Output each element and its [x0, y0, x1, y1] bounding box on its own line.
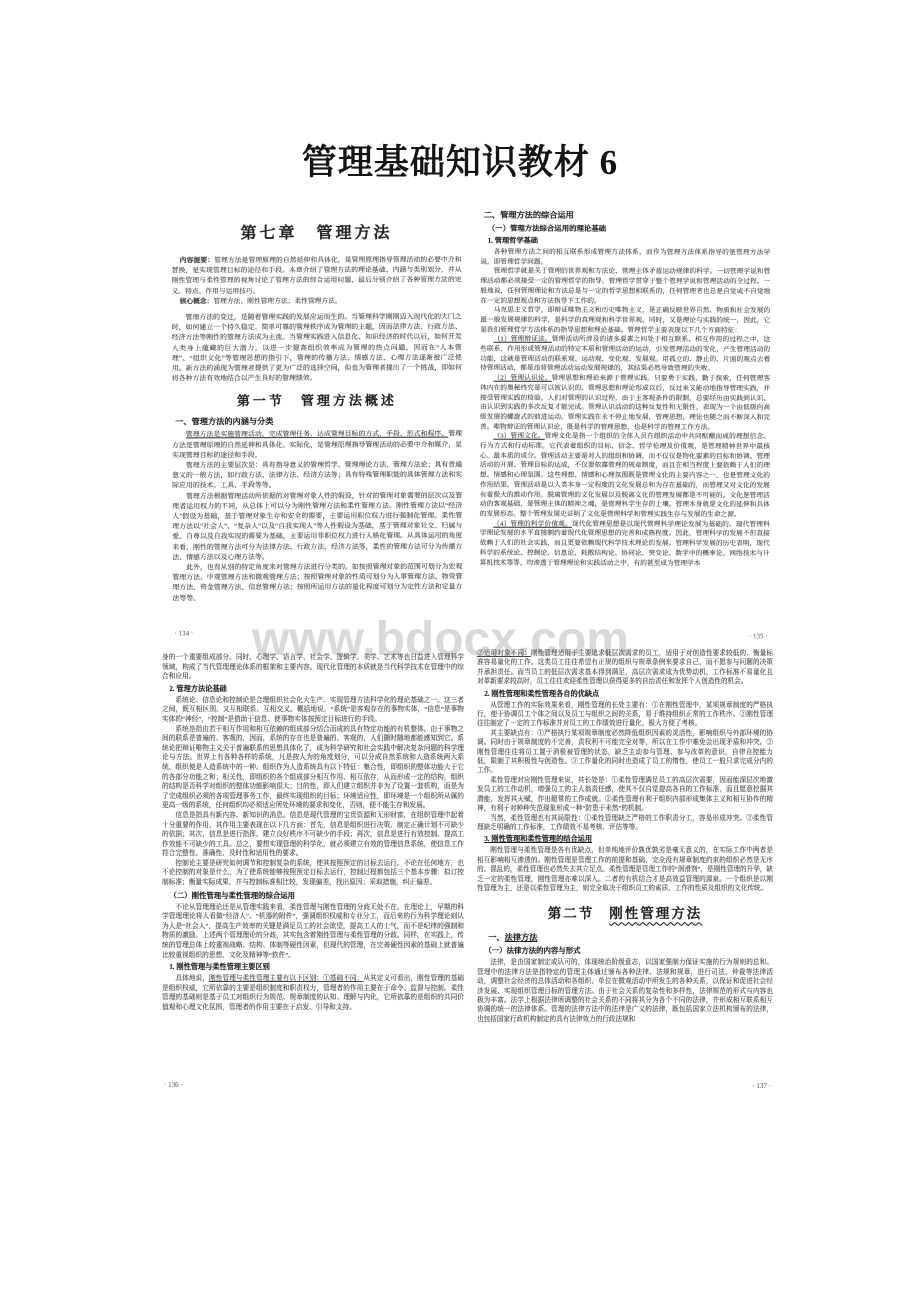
core-concepts-text: 管理方法；刚性管理方法；柔性管理方法。 — [213, 298, 341, 305]
body-paragraph: 系统论、信息论和控制论是合理组织社会化大生产、实现管理方法科学化的理论基础之一。… — [162, 696, 464, 725]
legal-method-heading: 一、法律方法 — [477, 932, 773, 943]
page-number-134: · 134 · — [175, 628, 194, 638]
body-paragraph: 管理方法是实施管理活动，完成管理任务、达成管理目标的方式、手段、形式和程序。管理… — [172, 430, 462, 461]
body-paragraph: 此外，也有从别的特定角度来对管理方法进行分类的。如按照管理对象的范围可划分为宏观… — [172, 563, 462, 605]
legal-content-heading: （一）法律方法的内容与形式 — [477, 946, 773, 956]
item-3-text: 管理文化是指一个组织的全体人员在组织活动中共同酝酿而成的理想信念、行为方式和行动… — [480, 433, 770, 518]
scanned-page-134: 第七章 管理方法 内容提要：管理方法是管理原理的自然延伸和具体化，是管理原理指导… — [171, 224, 462, 639]
item-1-label: （1）管理辩证法。 — [494, 336, 552, 343]
item-4-label: （4）管理的科学价值观。 — [493, 520, 572, 527]
differences-heading: 1. 刚性管理与柔性管理主要区别 — [162, 962, 464, 972]
subsection-1-heading: 一、管理方法的内涵与分类 — [172, 416, 462, 428]
body-paragraph: 柔性管理对应刚性管理来说，其长处是：①柔性管理满足员工的高层次需要，因而能深层次… — [477, 776, 773, 814]
body-paragraph: 管理哲学就是关于管理的世界观和方法论、管理主体矛盾运动规律的科学。一切管理学说和… — [480, 267, 770, 306]
body-paragraph: 法律，是由国家制定或认可的，体现统治阶级意志，以国家强制力保证实施的行为规则的总… — [477, 958, 773, 1024]
body-paragraph: 当然，柔性管理也有其局限性：①柔性管理缺乏严格的工作职责分工，容易形成冲突。②柔… — [477, 814, 773, 833]
item-label: ②适用对象不同： — [477, 650, 531, 657]
section-1-heading: 第一节 管理方法概述 — [172, 393, 462, 410]
subsection-2-1-heading: （一）管理方法综合运用的理论基础 — [480, 224, 770, 235]
continuation-paragraph: 身的一个重要组成部分。同时，心理学、语言学、社会学、逻辑学、美学、艺术等也日益进… — [162, 653, 464, 682]
core-concepts-label: 核心概念： — [180, 298, 214, 305]
subsection-2-heading: 二、管理方法的综合运用 — [480, 210, 770, 222]
body-paragraph: 其主要缺点有：①严格执行某项规章制度必然降低组织因素的灵活性，影响组织与外部环境… — [477, 729, 773, 776]
section-2-number: 第二节 — [548, 906, 595, 921]
abstract-paragraph: 内容提要：管理方法是管理原理的自然延伸和具体化，是管理原理指导管理活动的必要中介… — [172, 256, 462, 298]
body-paragraph: 刚性管理与柔性管理是各有优缺点，但单纯地评价孰优孰劣是毫无意义的，在实际工作中两… — [477, 846, 773, 893]
numbered-item: （1）管理辩证法。管理活动所涉及的诸多要素之间处于相互联系、相互作用的过程之中，… — [480, 335, 770, 374]
section-2-heading: 第二节刚性管理方法 — [477, 905, 773, 922]
scanned-page-137: ②适用对象不同：刚性管理适用于主要追求低层次需求的员工，适用于对创造性要求较低的… — [477, 649, 773, 1091]
item-2-text: 管理思想和理论来源于管理实践。只要勇于实践，勤于探索，任何管理客体内在的奥秘终究… — [480, 375, 770, 431]
item-3-label: （3）管理文化。 — [493, 433, 544, 440]
numbered-item: （4）管理的科学价值观。现代化管理思想是以现代管理科学理论发展为基础的。现代管理… — [480, 519, 770, 568]
scanned-page-135: 二、管理方法的综合运用 （一）管理方法综合运用的理论基础 1. 管理哲学基础 各… — [480, 206, 771, 643]
scanned-page-136: 身的一个重要组成部分。同时，心理学、语言学、社会学、逻辑学、美学、艺术等也日益进… — [162, 653, 464, 1091]
abstract-label: 内容提要： — [180, 257, 215, 264]
body-paragraph: 信息是指具有新内容、新知识的消息。信息是现代管理的宝贵资源和无形财富，在组织管理… — [162, 811, 464, 859]
section-2-title: 刚性管理方法 — [609, 906, 702, 921]
body-paragraph: 具体地说，刚性管理与柔性管理主要有以下区别：①基础不同：从其定义可看出，刚性管理… — [162, 974, 464, 1012]
body-paragraph: 不论从管理理论还是从管理实践来看，柔性管理与刚性管理的分歧无处不在。在理论上，早… — [162, 903, 464, 961]
para-pre: 具体地说， — [175, 975, 209, 982]
philosophy-basis-heading: 1. 管理哲学基础 — [480, 236, 770, 247]
body-paragraph: ②适用对象不同：刚性管理适用于主要追求低层次需求的员工，适用于对创造性要求较低的… — [477, 649, 773, 687]
chapter-heading: 第七章 管理方法 — [171, 224, 461, 245]
document-viewer: 管理基础知识教材 6 www.bdocx.com 第七章 管理方法 内容提要：管… — [0, 0, 920, 1302]
body-paragraph: 从管理工作的实际效果来看，刚性管理的长处主要有：①在刚性管理中，某项规章制度的严… — [477, 701, 773, 729]
pros-cons-heading: 2. 刚性管理和柔性管理各自的优缺点 — [477, 689, 773, 699]
body-paragraph: 管理方法根据管理活动所依据的对管理对象人性的假设，针对的管理对象需要的层次以及管… — [172, 491, 462, 563]
underlined-phrase: 刚性管理与柔性管理主要有以下区别：①基础不同： — [209, 975, 363, 982]
methodology-basis-heading: 2. 管理方法论基础 — [162, 684, 464, 694]
body-paragraph: 各种管理方法之间的相互联系形成管理方法体系，而作为管理方法体系指导的是管理方法学… — [480, 248, 770, 268]
body-paragraph: 控制论主要是研究如何调节和控制复杂的系统，使其按照预定的目标去运行。不论在任何地… — [162, 859, 464, 888]
numbered-item: （3）管理文化。管理文化是指一个组织的全体人员在组织活动中共同酝酿而成的理想信念… — [480, 432, 770, 520]
legal-method-title: 法律方法 — [505, 933, 538, 942]
body-paragraph: 马克思主义哲学，即辩证唯物主义和历史唯物主义，是正确反映世界自然、物质和社会发展… — [480, 306, 770, 336]
legal-method-number: 一、 — [488, 933, 504, 942]
body-paragraph: 系统是指由若干相互作用和相互依赖的组成部分结合而成的具有特定功能的有机整体。由于… — [162, 725, 464, 811]
document-title: 管理基础知识教材 6 — [0, 141, 920, 185]
rigid-flexible-heading: （二）刚性管理与柔性管理的综合运用 — [162, 891, 464, 901]
page-number-136: · 136 · — [164, 1081, 183, 1091]
underlined-definition: 管理方法是实施管理活动，完成管理任务、达成管理目标的方式、手段、形式和程序。 — [186, 431, 448, 439]
numbered-item: （2）管理认识论。管理思想和理论来源于管理实践。只要勇于实践，勤于探索，任何管理… — [480, 374, 770, 433]
body-paragraph: 管理方法的主要层次是：具有指导意义的管理哲学、管理理论方法、管理方法论；具有普遍… — [172, 461, 462, 492]
item-2-label: （2）管理认识论。 — [493, 375, 551, 382]
combination-heading: 3. 刚性管理和柔性管理的结合运用 — [477, 834, 773, 844]
abstract-text: 管理方法是管理原理的自然延伸和具体化，是管理原理指导管理活动的必要中介和替换，是… — [172, 257, 462, 295]
page-number-135: · 135 · — [749, 633, 768, 643]
page-number-137: · 137 · — [752, 1082, 771, 1091]
intro-paragraph: 管理方法的变迁，是随着管理实践的发展应运而生的。当管理科学刚刚迈入现代化的大门之… — [172, 313, 462, 385]
core-concepts-line: 核心概念：管理方法；刚性管理方法；柔性管理方法。 — [172, 296, 462, 307]
